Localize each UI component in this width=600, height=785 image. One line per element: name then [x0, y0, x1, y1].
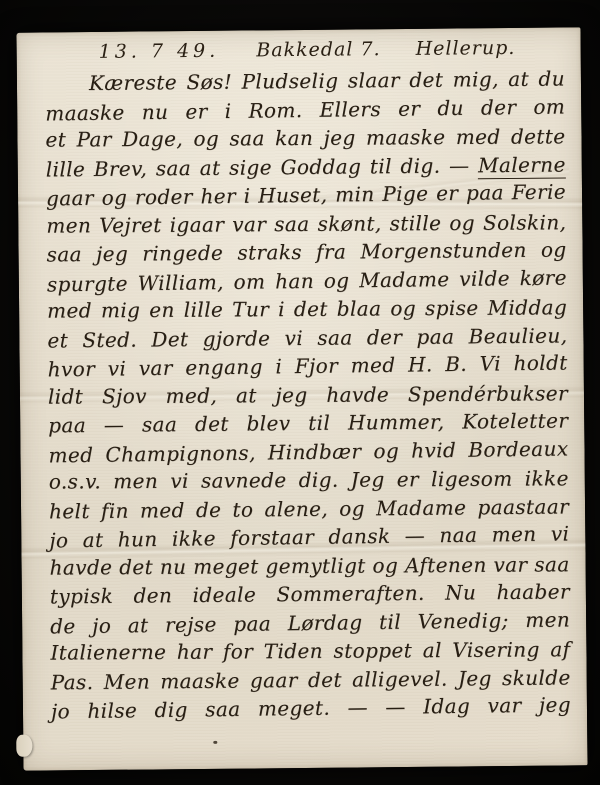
letter-line: lidt Sjov med, at jeg havde Spendérbukse… [48, 379, 568, 411]
underlined-word: Malerne [478, 152, 566, 179]
letter-line: o.s.v. men vi savnede dig. Jeg er ligeso… [49, 464, 569, 496]
letter-page: 13. 7 49. Bakkedal 7. Hellerup. Kæreste … [16, 27, 587, 770]
letter-line: jo hilse dig saa meget. — — Idag var jeg [51, 690, 571, 725]
letter-date: 13. 7 49. [99, 40, 220, 63]
letter-line: jo at hun ikke forstaar dansk — naa men … [49, 519, 569, 554]
letter-line: men Vejret igaar var saa skønt, stille o… [46, 208, 566, 240]
paper-tear [16, 735, 32, 757]
letter-body: Kæreste Søs! Pludselig slaar det mig, at… [45, 64, 571, 724]
letter-line-text: lille Brev, saa at sige Goddag til dig. … [46, 153, 478, 181]
ink-speck [213, 741, 217, 744]
letter-street-address: Bakkedal 7. [256, 38, 381, 61]
letter-line: et Par Dage, og saa kan jeg maaske med d… [45, 122, 565, 154]
letter-line: havde det nu meget gemytligt og Aftenen … [50, 550, 570, 582]
letter-line: Italienerne har for Tiden stoppet al Vis… [50, 635, 570, 667]
photo-background: 13. 7 49. Bakkedal 7. Hellerup. Kæreste … [0, 0, 600, 785]
letter-city: Hellerup. [416, 37, 516, 60]
letter-dateline: 13. 7 49. Bakkedal 7. Hellerup. [17, 36, 581, 67]
letter-line: gaar og roder her i Huset, min Pige er p… [46, 177, 566, 212]
letter-line: hvor vi var engang i Fjor med H. B. Vi h… [48, 348, 568, 383]
letter-line: med mig en lille Tur i det blaa og spise… [47, 293, 567, 325]
